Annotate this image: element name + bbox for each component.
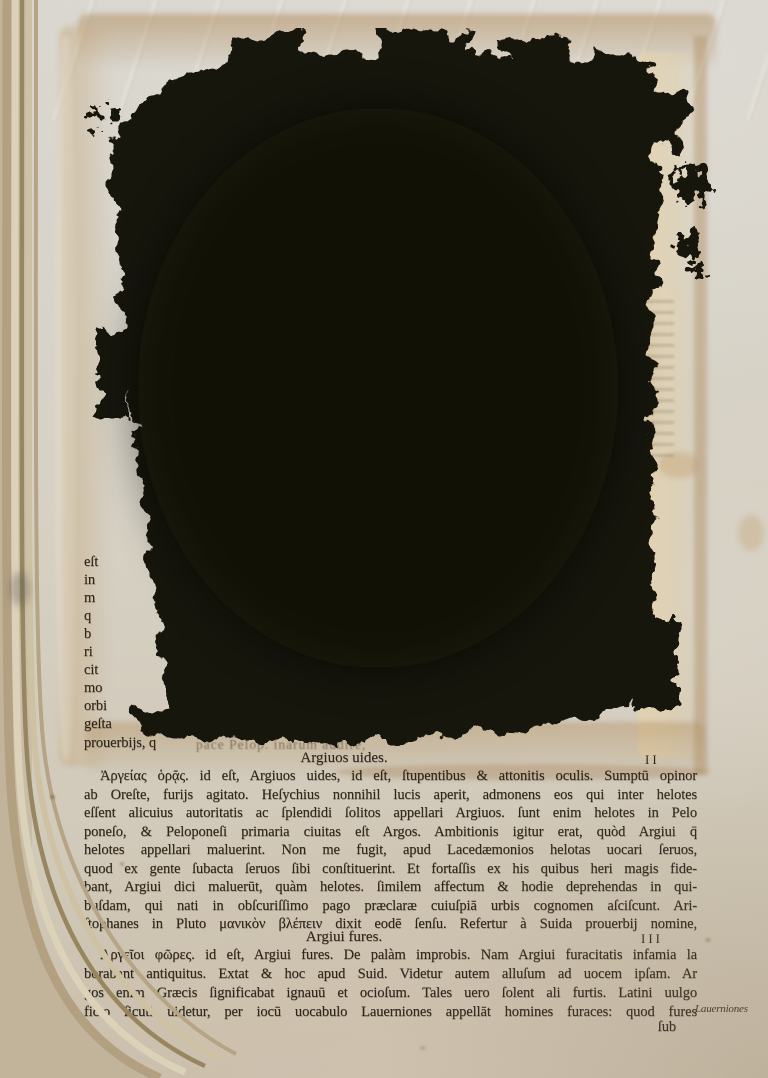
proverb-iii-number: III — [641, 931, 663, 947]
foxing-spot — [50, 795, 55, 799]
foxing-spot — [120, 862, 124, 866]
proverb-ii-number: II — [645, 752, 660, 768]
stain-spot — [738, 515, 764, 551]
catchword: ſub — [560, 1019, 676, 1036]
margin-note: Lauerniones — [695, 1003, 767, 1015]
gutter-smudge — [10, 572, 30, 606]
foxing-spot — [420, 1046, 426, 1050]
book-gutter-page-edges — [0, 0, 240, 1078]
censored-book-page: eſt in m q b ri cit mo orbi geſta prouer… — [0, 0, 768, 1078]
foxing-spot — [705, 938, 711, 942]
